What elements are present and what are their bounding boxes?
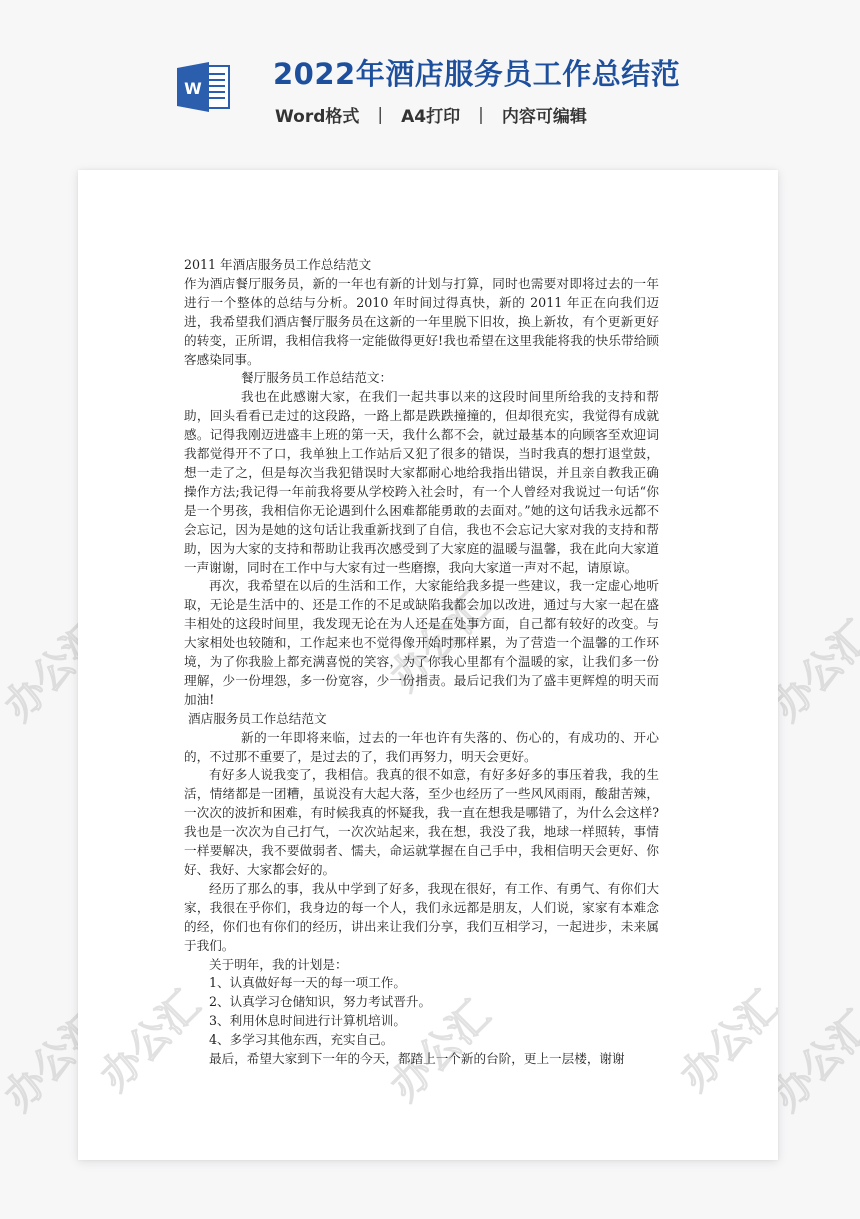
- doc-paragraph: 经历了那么的事，我从中学到了好多，我现在很好，有工作、有勇气、有你们大家，我很在…: [184, 880, 659, 956]
- doc-paragraph: 关于明年，我的计划是：: [184, 956, 659, 975]
- meta-editable: 内容可编辑: [502, 102, 587, 127]
- svg-text:W: W: [184, 79, 202, 98]
- doc-list-item: 4、多学习其他东西，充实自己。: [184, 1031, 659, 1050]
- document-page: 办公汇 办公汇 办公汇 办公汇 2011 年酒店服务员工作总结范文 作为酒店餐厅…: [78, 170, 778, 1160]
- doc-subheading: 餐厅服务员工作总结范文：: [184, 369, 659, 388]
- doc-list-item: 3、利用休息时间进行计算机培训。: [184, 1012, 659, 1031]
- doc-subheading: 酒店服务员工作总结范文: [184, 710, 659, 729]
- header: W 2022年酒店服务员工作总结范 Word格式 | A4打印 | 内容可编辑: [0, 0, 860, 150]
- doc-paragraph: 我也在此感谢大家，在我们一起共事以来的这段时间里所给我的支持和帮助，回头看看已走…: [184, 388, 659, 577]
- meta-separator: |: [478, 105, 484, 125]
- page-title: 2022年酒店服务员工作总结范: [273, 52, 680, 93]
- doc-list-item: 1、认真做好每一天的每一项工作。: [184, 974, 659, 993]
- meta-separator: |: [377, 105, 383, 125]
- document-body: 2011 年酒店服务员工作总结范文 作为酒店餐厅服务员，新的一年也有新的计划与打…: [184, 256, 659, 1069]
- doc-paragraph: 作为酒店餐厅服务员，新的一年也有新的计划与打算，同时也需要对即将过去的一年进行一…: [184, 275, 659, 370]
- doc-paragraph: 新的一年即将来临，过去的一年也许有失落的、伤心的，有成功的、开心的，不过那不重要…: [184, 729, 659, 767]
- doc-paragraph: 最后，希望大家到下一年的今天，都踏上一个新的台阶，更上一层楼，谢谢: [184, 1050, 659, 1069]
- watermark: 办公汇: [665, 976, 778, 1101]
- doc-heading: 2011 年酒店服务员工作总结范文: [184, 256, 659, 275]
- meta-format: Word格式: [275, 102, 359, 127]
- meta-print: A4打印: [401, 102, 460, 127]
- doc-paragraph: 有好多人说我变了，我相信。我真的很不如意，有好多好多的事压着我，我的生活，情绪都…: [184, 766, 659, 879]
- doc-paragraph: 再次，我希望在以后的生活和工作，大家能给我多提一些建议，我一定虚心地听取，无论是…: [184, 577, 659, 709]
- word-document-icon: W: [175, 60, 231, 114]
- document-meta: Word格式 | A4打印 | 内容可编辑: [275, 102, 587, 127]
- doc-list-item: 2、认真学习仓储知识，努力考试晋升。: [184, 993, 659, 1012]
